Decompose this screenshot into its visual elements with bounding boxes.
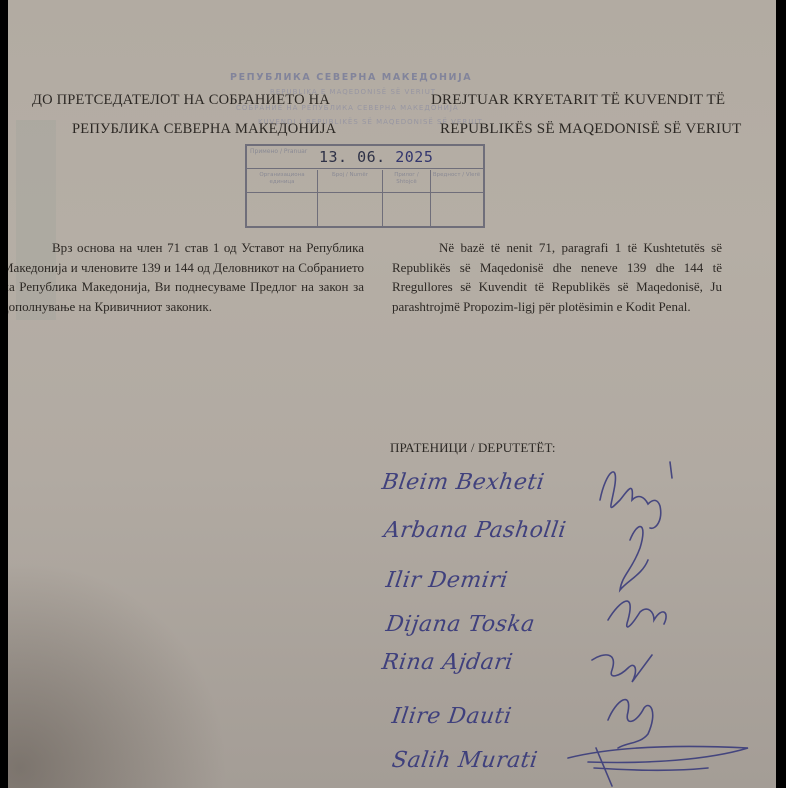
- signature-scribbles: [8, 0, 776, 788]
- document-page: РЕПУБЛИКА СЕВЕРНА МАКЕДОНИЈА REPUBLIKA E…: [8, 0, 776, 788]
